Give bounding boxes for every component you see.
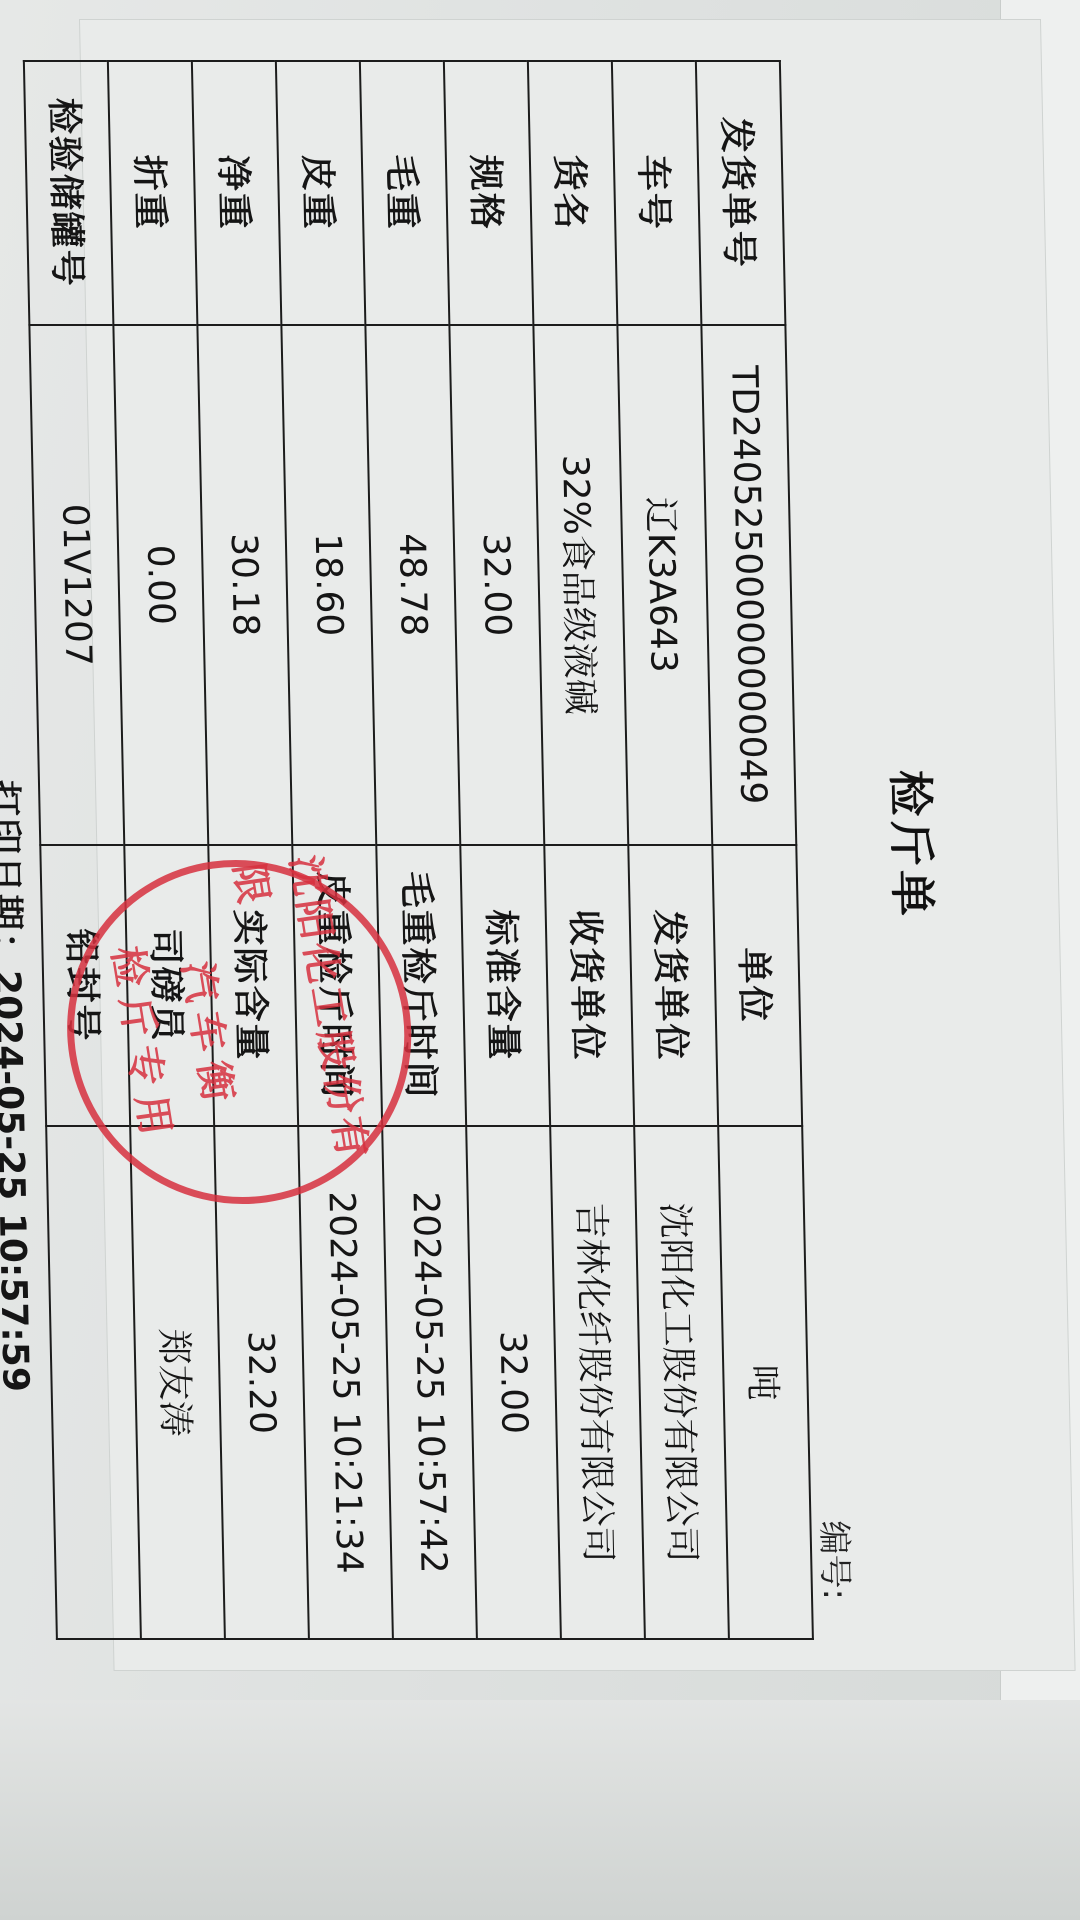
row-value: 01V1207: [29, 325, 124, 846]
row-value: 32%食品级液碱: [533, 325, 628, 846]
document-number-label: 编号:: [812, 1521, 863, 1600]
stamp-middle-text: 汽车衡: [171, 958, 251, 1114]
row-value-2: 郑友涛: [130, 1126, 225, 1639]
row-value-2: 32.00: [466, 1126, 561, 1639]
row-label: 皮重: [276, 61, 366, 325]
background-paper-bottom: [0, 1700, 1080, 1920]
row-value: 32.00: [449, 325, 544, 846]
row-value-2: 吉林化纤股份有限公司: [550, 1126, 645, 1639]
row-label: 货名: [528, 61, 618, 325]
row-value: TD24052500000000049: [701, 325, 796, 846]
row-value: 48.78: [365, 325, 460, 846]
row-label: 毛重: [360, 61, 450, 325]
row-value: 30.18: [197, 325, 292, 846]
row-label-2: 发货单位: [628, 845, 718, 1126]
ticket-table: 发货单号TD24052500000000049单位吨车号辽K3A643发货单位沈…: [23, 60, 814, 1640]
print-date-label: 打印日期：: [0, 780, 27, 970]
row-value: 0.00: [113, 325, 208, 846]
row-label-2: 单位: [712, 845, 802, 1126]
row-label: 规格: [444, 61, 534, 325]
print-date-value: 2024-05-25 10:57:59: [0, 970, 36, 1392]
row-value-2: 沈阳化工股份有限公司: [634, 1126, 729, 1639]
row-value-2: 2024-05-25 10:21:34: [298, 1126, 393, 1639]
row-label-2: 标准含量: [460, 845, 550, 1126]
row-label: 车号: [612, 61, 702, 325]
row-label: 发货单号: [696, 61, 786, 325]
row-label-2: 收货单位: [544, 845, 634, 1126]
row-value-2: [46, 1126, 141, 1639]
row-label: 检验储罐号: [24, 61, 114, 325]
row-label: 净重: [192, 61, 282, 325]
document-title: 检斤单: [864, 20, 965, 1670]
row-value: 辽K3A643: [617, 325, 712, 846]
row-value: 18.60: [281, 325, 376, 846]
row-value-2: 2024-05-25 10:57:42: [382, 1126, 477, 1639]
row-value-2: 吨: [718, 1126, 813, 1639]
row-label: 折重: [108, 61, 198, 325]
weigh-ticket-document: 检斤单 编号: 发货单号TD24052500000000049单位吨车号辽K3A…: [80, 20, 1075, 1670]
